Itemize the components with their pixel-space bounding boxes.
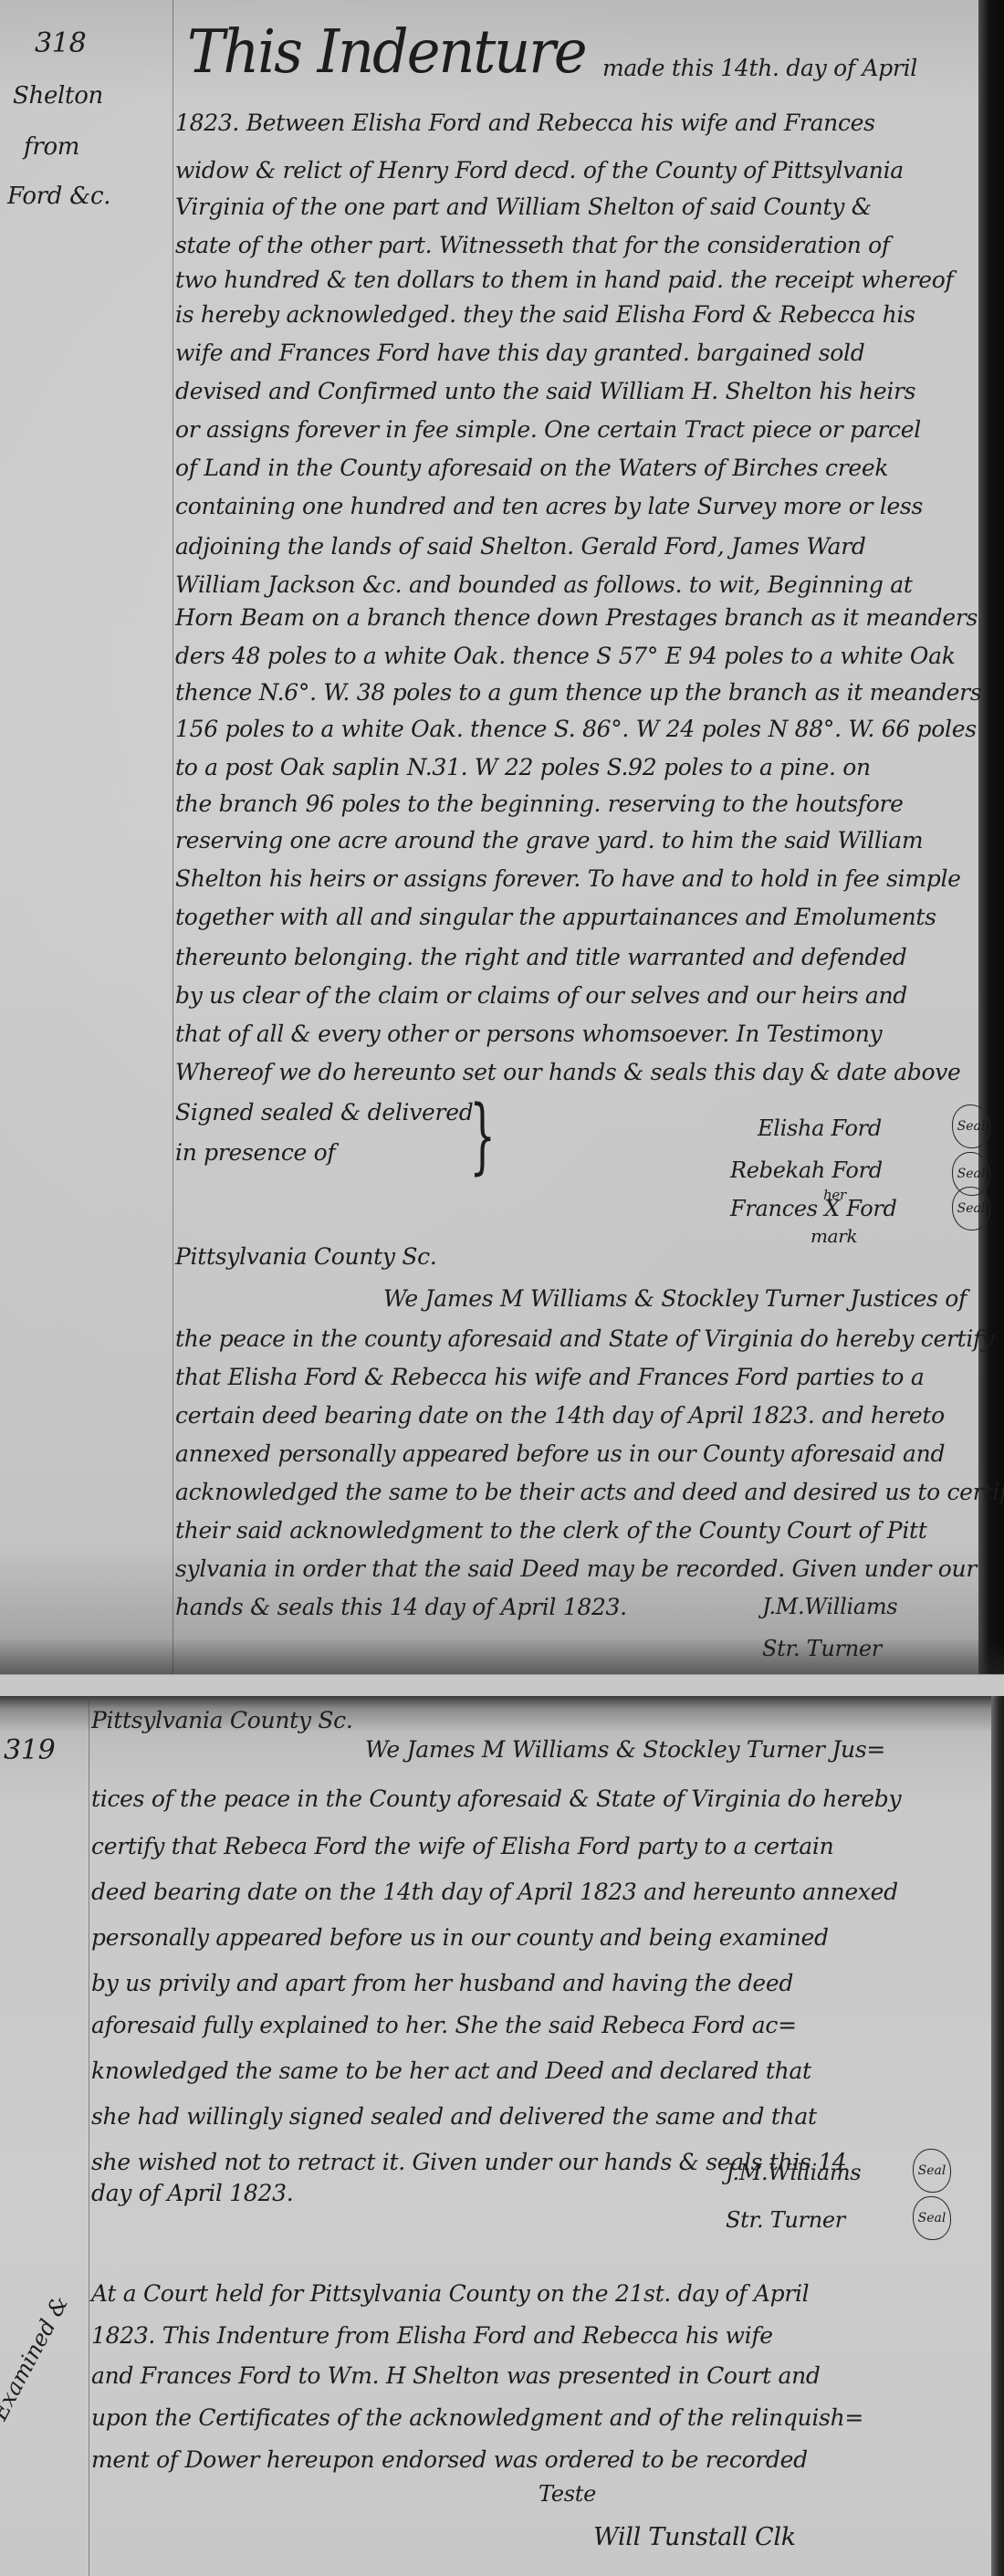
privy-exam-line: We James M Williams & Stockley Turner Ju… — [365, 1736, 885, 1764]
seal-icon: Seal — [952, 1105, 990, 1148]
deed-line: or assigns forever in fee simple. One ce… — [175, 416, 921, 444]
seal-icon: Seal — [952, 1187, 990, 1230]
document-page-319: 319 Examined & Pittsylvania County Sc. W… — [0, 1696, 1004, 2576]
signature-williams: J.M.Williams — [726, 2160, 861, 2185]
deed-line: of Land in the County aforesaid on the W… — [175, 455, 888, 482]
deed-line: devised and Confirmed unto the said Will… — [175, 378, 915, 405]
margin-note-grantor: Ford &c. — [7, 183, 110, 210]
certificate-line: sylvania in order that the said Deed may… — [175, 1555, 977, 1583]
deed-line: wife and Frances Ford have this day gran… — [175, 340, 864, 367]
deed-line: state of the other part. Witnesseth that… — [175, 232, 890, 259]
signature-elisha-ford: Elisha Ford — [758, 1115, 882, 1141]
deed-line: 1823. Between Elisha Ford and Rebecca hi… — [175, 110, 875, 137]
deed-line: by us clear of the claim or claims of ou… — [175, 982, 907, 1010]
deed-line: William Jackson &c. and bounded as follo… — [175, 571, 913, 599]
attestation-line: Signed sealed & delivered — [175, 1099, 473, 1126]
privy-exam-line: knowledged the same to be her act and De… — [91, 2058, 811, 2085]
deed-line: two hundred & ten dollars to them in han… — [175, 267, 953, 294]
page-separator — [0, 1674, 1004, 1698]
deed-line: thence N.6°. W. 38 poles to a gum thence… — [175, 679, 981, 707]
deed-line: adjoining the lands of said Shelton. Ger… — [175, 533, 866, 560]
deed-line: Whereof we do hereunto set our hands & s… — [175, 1059, 961, 1086]
privy-exam-line: personally appeared before us in our cou… — [91, 1924, 829, 1952]
certificate-line: acknowledged the same to be their acts a… — [175, 1479, 1004, 1506]
signature-frances-ford: Frances X Ford — [730, 1196, 897, 1221]
binding-edge-shadow — [991, 1696, 1004, 2576]
certificate-heading: Pittsylvania County Sc. — [91, 1707, 353, 1734]
certificate-line: their said acknowledgment to the clerk o… — [175, 1517, 927, 1545]
certificate-heading: Pittsylvania County Sc. — [175, 1243, 437, 1271]
deed-line: the branch 96 poles to the beginning. re… — [175, 791, 904, 818]
deed-line: reserving one acre around the grave yard… — [175, 827, 923, 854]
mark-label: mark — [811, 1225, 857, 1247]
deed-line: together with all and singular the appur… — [175, 904, 936, 931]
privy-exam-line: day of April 1823. — [91, 2180, 293, 2207]
court-record-line: At a Court held for Pittsylvania County … — [91, 2280, 809, 2308]
certificate-line: hands & seals this 14 day of April 1823. — [175, 1594, 627, 1621]
brace-mark: } — [469, 1095, 496, 1178]
court-record-line: 1823. This Indenture from Elisha Ford an… — [91, 2322, 773, 2350]
court-record-line: upon the Certificates of the acknowledgm… — [91, 2404, 863, 2432]
deed-title: This Indenture — [187, 18, 586, 86]
deed-line: ders 48 poles to a white Oak. thence S 5… — [175, 643, 956, 670]
title-continuation: made this 14th. day of April — [602, 55, 917, 82]
attestation-line: in presence of — [175, 1139, 335, 1167]
privy-exam-line: certify that Rebeca Ford the wife of Eli… — [91, 1833, 833, 1860]
deed-line: thereunto belonging. the right and title… — [175, 944, 906, 971]
seal-icon: Seal — [913, 2149, 951, 2193]
certificate-line: annexed personally appeared before us in… — [175, 1440, 945, 1468]
deed-line: 156 poles to a white Oak. thence S. 86°.… — [175, 716, 977, 743]
signature-turner: Str. Turner — [762, 1636, 882, 1661]
privy-exam-line: deed bearing date on the 14th day of Apr… — [91, 1879, 898, 1906]
teste-label: Teste — [539, 2481, 596, 2507]
deed-line: is hereby acknowledged. they the said El… — [175, 301, 915, 329]
margin-note-examined: Examined & — [0, 2292, 73, 2424]
certificate-line: certain deed bearing date on the 14th da… — [175, 1402, 945, 1429]
margin-rule — [89, 1696, 89, 2576]
signature-rebekah-ford: Rebekah Ford — [730, 1157, 883, 1183]
privy-exam-line: aforesaid fully explained to her. She th… — [91, 2012, 797, 2039]
clerk-signature: Will Tunstall Clk — [593, 2523, 796, 2551]
margin-note-grantee: Shelton — [13, 82, 103, 110]
deed-line: Shelton his heirs or assigns forever. To… — [175, 865, 961, 893]
deed-line: that of all & every other or persons who… — [175, 1021, 882, 1048]
binding-edge-shadow — [978, 0, 1004, 1674]
certificate-line: We James M Williams & Stockley Turner Ju… — [383, 1285, 967, 1313]
document-page-318: 318 Shelton from Ford &c. This Indenture… — [0, 0, 1004, 1674]
deed-line: widow & relict of Henry Ford decd. of th… — [175, 157, 904, 184]
seal-icon: Seal — [913, 2196, 951, 2240]
page-number: 319 — [4, 1734, 55, 1766]
privy-exam-line: she had willingly signed sealed and deli… — [91, 2103, 817, 2131]
signature-turner: Str. Turner — [726, 2207, 845, 2233]
court-record-line: ment of Dower hereupon endorsed was orde… — [91, 2446, 808, 2474]
deed-line: to a post Oak saplin N.31. W 22 poles S.… — [175, 754, 871, 781]
page-number: 318 — [35, 27, 86, 59]
certificate-line: that Elisha Ford & Rebecca his wife and … — [175, 1364, 924, 1391]
signature-williams: J.M.Williams — [762, 1594, 897, 1619]
privy-exam-line: by us privily and apart from her husband… — [91, 1970, 793, 1997]
margin-note-from: from — [24, 133, 79, 161]
court-record-line: and Frances Ford to Wm. H Shelton was pr… — [91, 2362, 821, 2390]
certificate-line: the peace in the county aforesaid and St… — [175, 1325, 994, 1353]
deed-line: Virginia of the one part and William She… — [175, 194, 872, 221]
privy-exam-line: tices of the peace in the County aforesa… — [91, 1785, 901, 1813]
margin-rule — [173, 0, 173, 1674]
deed-line: Horn Beam on a branch thence down Presta… — [175, 604, 978, 632]
deed-line: containing one hundred and ten acres by … — [175, 493, 923, 520]
